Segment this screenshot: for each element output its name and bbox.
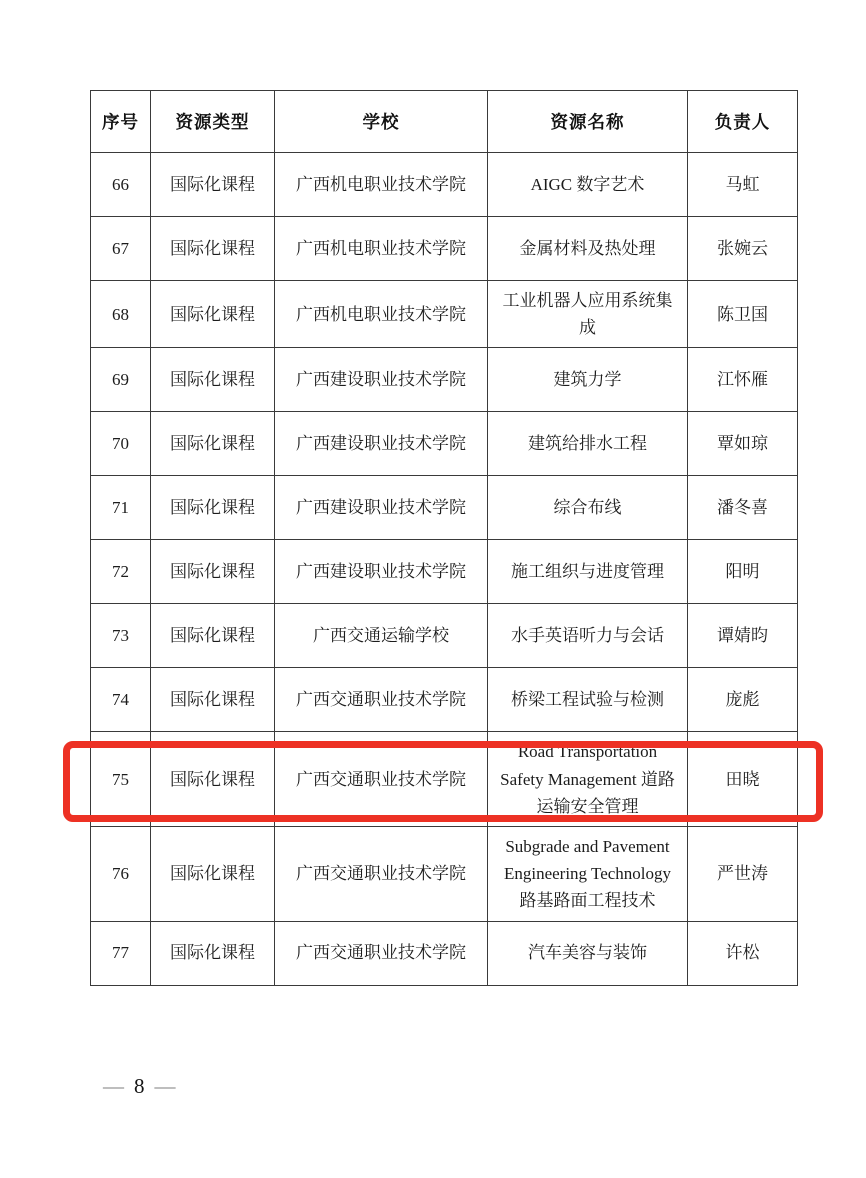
- cell-no: 72: [91, 540, 151, 604]
- table-row: 67国际化课程广西机电职业技术学院金属材料及热处理张婉云: [91, 217, 798, 281]
- table-row: 77国际化课程广西交通职业技术学院汽车美容与装饰许松: [91, 921, 798, 985]
- cell-school: 广西机电职业技术学院: [275, 281, 488, 348]
- cell-type: 国际化课程: [151, 540, 275, 604]
- cell-type: 国际化课程: [151, 412, 275, 476]
- cell-resource: Subgrade and Pavement Engineering Techno…: [488, 826, 688, 921]
- cell-resource: 水手英语听力与会话: [488, 604, 688, 668]
- table-row: 76国际化课程广西交通职业技术学院Subgrade and Pavement E…: [91, 826, 798, 921]
- table-row: 69国际化课程广西建设职业技术学院建筑力学江怀雁: [91, 348, 798, 412]
- table-header-row: 序号资源类型学校资源名称负责人: [91, 91, 798, 153]
- cell-resource: 施工组织与进度管理: [488, 540, 688, 604]
- cell-resource: 汽车美容与装饰: [488, 921, 688, 985]
- cell-person: 张婉云: [688, 217, 798, 281]
- cell-type: 国际化课程: [151, 153, 275, 217]
- table-row: 68国际化课程广西机电职业技术学院工业机器人应用系统集成陈卫国: [91, 281, 798, 348]
- cell-school: 广西建设职业技术学院: [275, 348, 488, 412]
- cell-school: 广西交通职业技术学院: [275, 826, 488, 921]
- cell-type: 国际化课程: [151, 604, 275, 668]
- cell-resource: 桥梁工程试验与检测: [488, 668, 688, 732]
- cell-school: 广西建设职业技术学院: [275, 540, 488, 604]
- footer-page-number: 8: [134, 1074, 146, 1099]
- table-row: 74国际化课程广西交通职业技术学院桥梁工程试验与检测庞彪: [91, 668, 798, 732]
- cell-person: 许松: [688, 921, 798, 985]
- cell-person: 严世涛: [688, 826, 798, 921]
- cell-person: 庞彪: [688, 668, 798, 732]
- cell-resource: 建筑力学: [488, 348, 688, 412]
- cell-type: 国际化课程: [151, 348, 275, 412]
- table-row: 73国际化课程广西交通运输学校水手英语听力与会话谭婧昀: [91, 604, 798, 668]
- cell-type: 国际化课程: [151, 217, 275, 281]
- table-row: 70国际化课程广西建设职业技术学院建筑给排水工程覃如琼: [91, 412, 798, 476]
- cell-no: 75: [91, 732, 151, 827]
- cell-school: 广西建设职业技术学院: [275, 476, 488, 540]
- document-page: 序号资源类型学校资源名称负责人 66国际化课程广西机电职业技术学院AIGC 数字…: [0, 0, 866, 1178]
- cell-no: 67: [91, 217, 151, 281]
- footer-dash-left: —: [103, 1074, 125, 1099]
- cell-person: 潘冬喜: [688, 476, 798, 540]
- cell-resource: 工业机器人应用系统集成: [488, 281, 688, 348]
- cell-no: 70: [91, 412, 151, 476]
- column-header-person: 负责人: [688, 91, 798, 153]
- cell-resource: 金属材料及热处理: [488, 217, 688, 281]
- cell-type: 国际化课程: [151, 921, 275, 985]
- cell-no: 68: [91, 281, 151, 348]
- cell-no: 77: [91, 921, 151, 985]
- resource-table: 序号资源类型学校资源名称负责人 66国际化课程广西机电职业技术学院AIGC 数字…: [90, 90, 798, 986]
- cell-no: 76: [91, 826, 151, 921]
- cell-type: 国际化课程: [151, 281, 275, 348]
- table-row: 66国际化课程广西机电职业技术学院AIGC 数字艺术马虹: [91, 153, 798, 217]
- cell-type: 国际化课程: [151, 476, 275, 540]
- cell-resource: Road Transportation Safety Management 道路…: [488, 732, 688, 827]
- table-row: 71国际化课程广西建设职业技术学院综合布线潘冬喜: [91, 476, 798, 540]
- cell-resource: 建筑给排水工程: [488, 412, 688, 476]
- cell-person: 阳明: [688, 540, 798, 604]
- table-body: 66国际化课程广西机电职业技术学院AIGC 数字艺术马虹67国际化课程广西机电职…: [91, 153, 798, 986]
- cell-type: 国际化课程: [151, 826, 275, 921]
- column-header-type: 资源类型: [151, 91, 275, 153]
- cell-no: 66: [91, 153, 151, 217]
- cell-school: 广西交通职业技术学院: [275, 732, 488, 827]
- column-header-resource: 资源名称: [488, 91, 688, 153]
- cell-no: 71: [91, 476, 151, 540]
- cell-person: 覃如琼: [688, 412, 798, 476]
- cell-person: 马虹: [688, 153, 798, 217]
- cell-school: 广西交通职业技术学院: [275, 668, 488, 732]
- column-header-school: 学校: [275, 91, 488, 153]
- cell-no: 74: [91, 668, 151, 732]
- cell-no: 69: [91, 348, 151, 412]
- cell-no: 73: [91, 604, 151, 668]
- cell-resource: 综合布线: [488, 476, 688, 540]
- cell-person: 陈卫国: [688, 281, 798, 348]
- cell-type: 国际化课程: [151, 732, 275, 827]
- footer-dash-right: —: [155, 1074, 177, 1099]
- cell-type: 国际化课程: [151, 668, 275, 732]
- cell-person: 江怀雁: [688, 348, 798, 412]
- table-row: 72国际化课程广西建设职业技术学院施工组织与进度管理阳明: [91, 540, 798, 604]
- cell-person: 谭婧昀: [688, 604, 798, 668]
- cell-school: 广西建设职业技术学院: [275, 412, 488, 476]
- cell-school: 广西交通职业技术学院: [275, 921, 488, 985]
- column-header-no: 序号: [91, 91, 151, 153]
- cell-person: 田晓: [688, 732, 798, 827]
- cell-resource: AIGC 数字艺术: [488, 153, 688, 217]
- cell-school: 广西交通运输学校: [275, 604, 488, 668]
- table-row: 75国际化课程广西交通职业技术学院Road Transportation Saf…: [91, 732, 798, 827]
- page-footer: — 8 —: [103, 1074, 177, 1099]
- cell-school: 广西机电职业技术学院: [275, 153, 488, 217]
- cell-school: 广西机电职业技术学院: [275, 217, 488, 281]
